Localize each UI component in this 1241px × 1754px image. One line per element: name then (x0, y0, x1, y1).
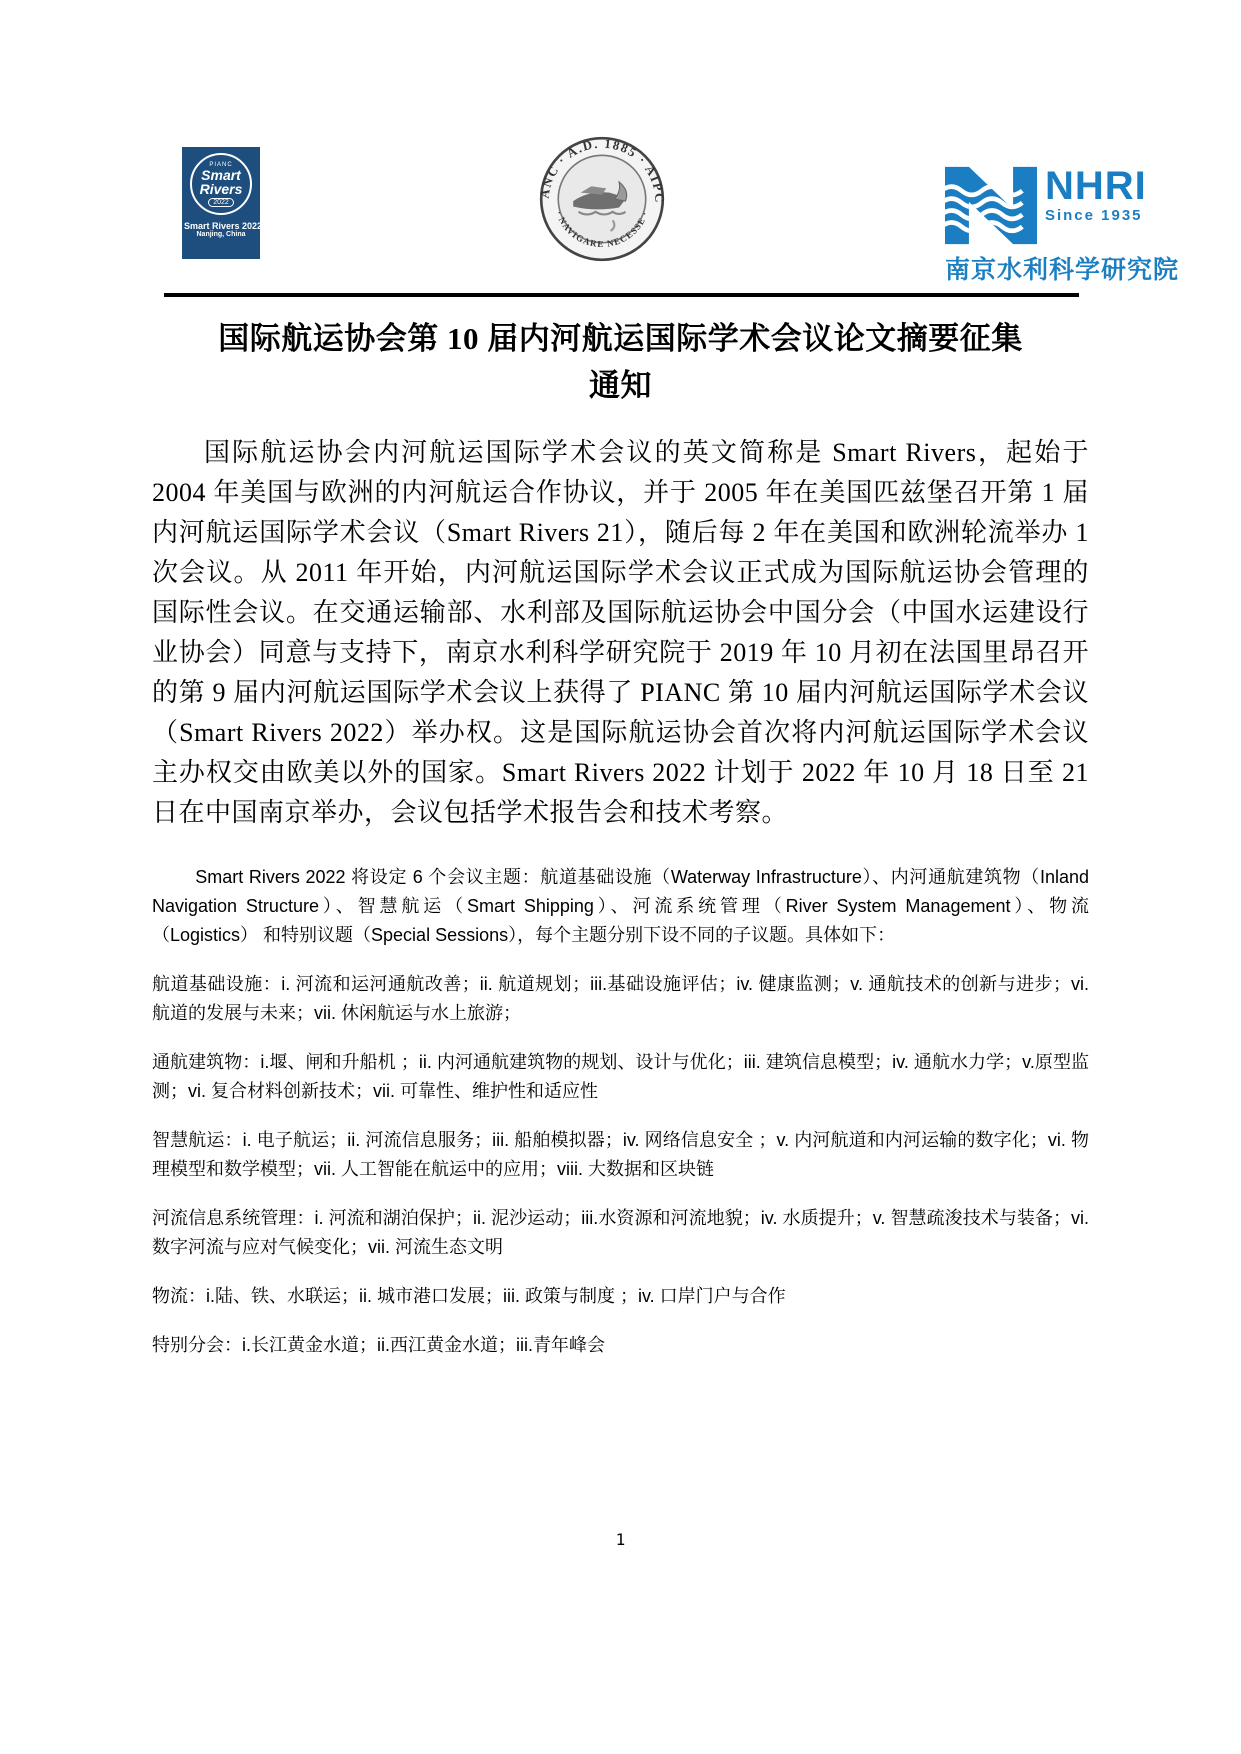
header-divider (164, 293, 1079, 297)
topic-paragraph-waterway-infrastructure: 航道基础设施：i. 河流和运河通航改善；ii. 航道规划；iii.基础设施评估；… (152, 970, 1089, 1028)
document-title: 国际航运协会第 10 届内河航运国际学术会议论文摘要征集通知 (211, 315, 1031, 409)
themes-paragraph: Smart Rivers 2022 将设定 6 个会议主题：航道基础设施（Wat… (152, 863, 1089, 950)
document-page: PIANC Smart Rivers 2022 Smart Rivers 202… (0, 0, 1241, 1754)
pianc-seal-icon: PIANC · A.D. 1885 · AIPCN · NAVIGARE NEC… (538, 135, 666, 263)
topic-paragraph-smart-shipping: 智慧航运：i. 电子航运；ii. 河流信息服务；iii. 船舶模拟器；iv. 网… (152, 1126, 1089, 1184)
smart-rivers-word-smart: Smart (201, 168, 241, 182)
nhri-n-wave-icon (945, 165, 1037, 246)
topic-paragraph-navigation-structures: 通航建筑物：i.堰、闸和升船机 ；ii. 内河通航建筑物的规划、设计与优化；ii… (152, 1048, 1089, 1106)
logo-row: PIANC Smart Rivers 2022 Smart Rivers 202… (0, 0, 1241, 265)
smart-rivers-location: Nanjing, China (184, 231, 258, 238)
page-number: 1 (0, 1530, 1241, 1549)
nhri-since-label: Since 1935 (1045, 207, 1147, 224)
nhri-chinese-name: 南京水利科学研究院 (945, 250, 1179, 286)
smart-rivers-word-rivers: Rivers (200, 182, 243, 196)
smart-rivers-logo: PIANC Smart Rivers 2022 Smart Rivers 202… (182, 147, 260, 259)
smart-rivers-caption: Smart Rivers 2022 (184, 221, 258, 231)
topic-paragraph-logistics: 物流：i.陆、铁、水联运；ii. 城市港口发展；iii. 政策与制度 ；iv. … (152, 1282, 1089, 1311)
intro-paragraph: 国际航运协会内河航运国际学术会议的英文简称是 Smart Rivers，起始于 … (152, 433, 1089, 833)
nhri-logo: NHRI Since 1935 南京水利科学研究院 (945, 165, 1179, 286)
nhri-logo-top: NHRI Since 1935 (945, 165, 1179, 246)
nhri-wordmark: NHRI Since 1935 (1045, 167, 1147, 224)
topic-paragraph-special-sessions: 特别分会：i.长江黄金水道；ii.西江黄金水道；iii.青年峰会 (152, 1331, 1089, 1360)
smart-rivers-circle: PIANC Smart Rivers 2022 (190, 153, 252, 215)
nhri-acronym: NHRI (1045, 167, 1147, 205)
document-body: 国际航运协会第 10 届内河航运国际学术会议论文摘要征集通知 国际航运协会内河航… (0, 315, 1241, 1360)
topic-paragraph-river-system-management: 河流信息系统管理：i. 河流和湖泊保护；ii. 泥沙运动；iii.水资源和河流地… (152, 1204, 1089, 1262)
smart-rivers-year: 2022 (208, 198, 234, 207)
